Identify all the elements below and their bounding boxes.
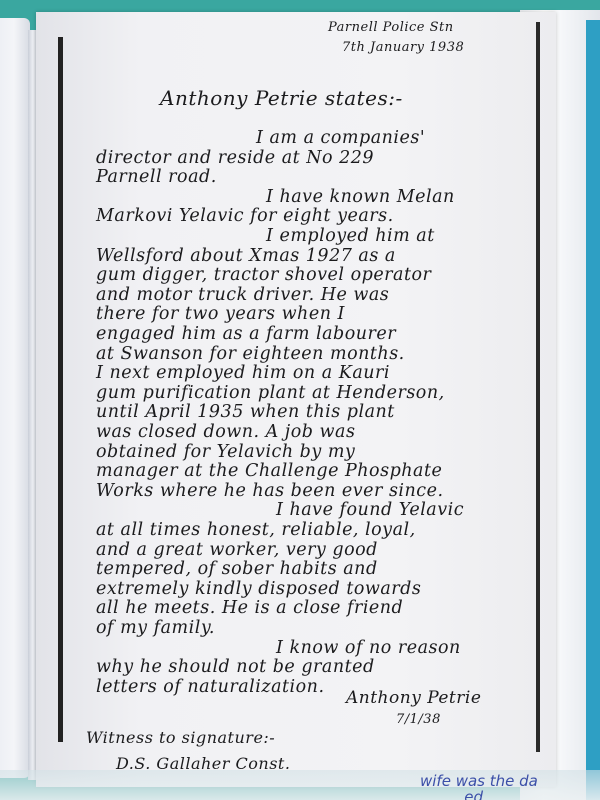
statement-line: of my family. (96, 618, 215, 638)
statement-line: extremely kindly disposed towards (96, 579, 421, 599)
statement-line: I employed him at (266, 226, 435, 246)
statement-line: Parnell road. (96, 167, 217, 187)
statement-line: and motor truck driver. He was (96, 285, 389, 305)
statement-line: Wellsford about Xmas 1927 as a (96, 246, 396, 266)
binder-cover (586, 20, 600, 800)
statement-line: I have found Yelavic (276, 500, 464, 520)
statement-title: Anthony Petrie states:- (160, 86, 403, 110)
signature-date: 7/1/38 (396, 712, 441, 727)
statement-line: gum digger, tractor shovel operator (96, 265, 431, 285)
statement-line: I next employed him on a Kauri (96, 363, 390, 383)
statement-line: letters of naturalization. (96, 677, 325, 697)
statement-line: and a great worker, very good (96, 540, 378, 560)
statement-line: engaged him as a farm labourer (96, 324, 396, 344)
statement-line: there for two years when I (96, 304, 345, 324)
header-date: 7th January 1938 (342, 40, 464, 55)
statement-line: Markovi Yelavic for eight years. (96, 206, 394, 226)
statement-line: Works where he has been ever since. (96, 481, 444, 501)
right-margin-rule (536, 22, 540, 752)
statement-line: why he should not be granted (96, 657, 375, 677)
statement-line: manager at the Challenge Phosphate (96, 461, 442, 481)
statement-line: all he meets. He is a close friend (96, 598, 403, 618)
statement-line: at Swanson for eighteen months. (96, 344, 405, 364)
left-page-edge (0, 18, 30, 778)
margin-note-line2: ...ed... (450, 788, 497, 800)
statement-line: I know of no reason (276, 638, 461, 658)
statement-line: director and reside at No 229 (96, 148, 374, 168)
statement-line: tempered, of sober habits and (96, 559, 378, 579)
statement-page: Parnell Police Stn 7th January 1938 Anth… (36, 12, 556, 787)
statement-line: I am a companies' (256, 128, 425, 148)
statement-line: gum purification plant at Henderson, (96, 383, 445, 403)
statement-line: was closed down. A job was (96, 422, 355, 442)
statement-line: I have known Melan (266, 187, 455, 207)
statement-line: until April 1935 when this plant (96, 402, 395, 422)
statement-line: obtained for Yelavich by my (96, 442, 355, 462)
witness-label: Witness to signature:- (86, 728, 275, 747)
statement-line: at all times honest, reliable, loyal, (96, 520, 416, 540)
signature-name: Anthony Petrie (346, 688, 481, 708)
header-station: Parnell Police Stn (328, 20, 454, 35)
left-margin-rule (58, 37, 63, 742)
